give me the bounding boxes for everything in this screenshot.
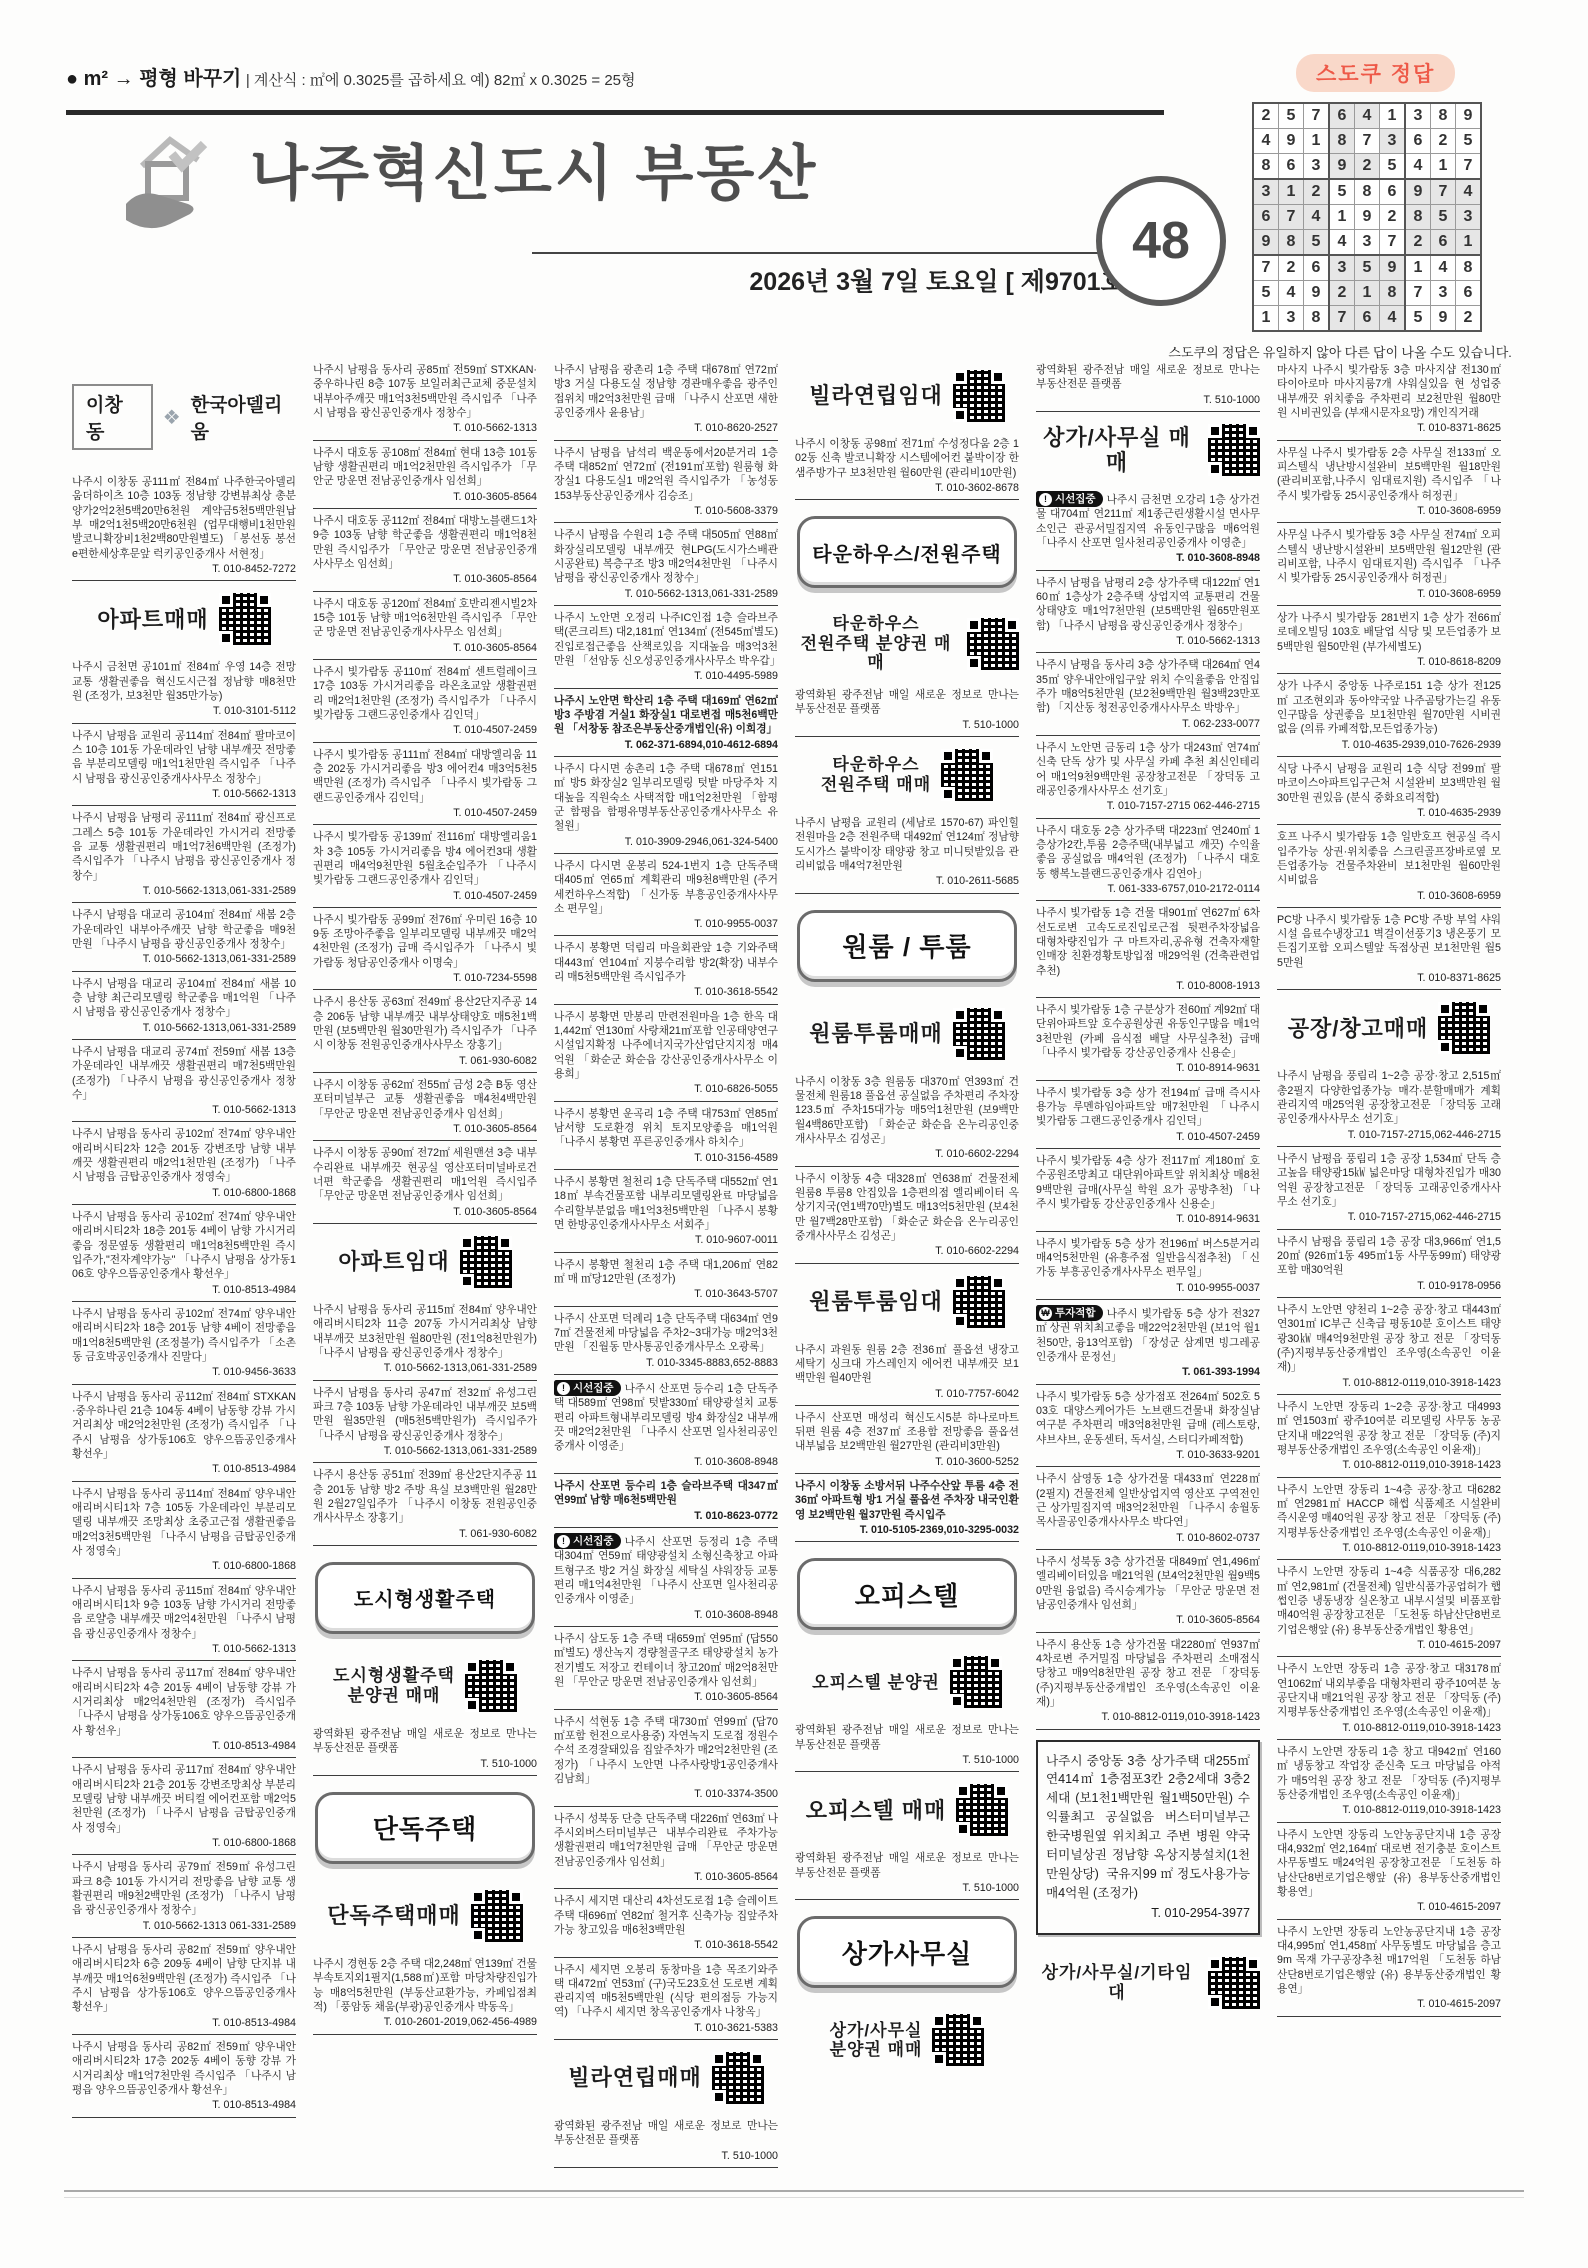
qr-code bbox=[471, 1890, 523, 1942]
ad-text: 식당 나주시 남평읍 교원리 1층 식당 전99㎡ 팔마코이스아파트입구근처 시… bbox=[1277, 763, 1501, 804]
sudoku-cell: 4 bbox=[1329, 230, 1355, 256]
ad-phone: T. 010-6800-1868 bbox=[72, 1559, 296, 1573]
category-box-label: 원룸 / 투룸 bbox=[842, 927, 971, 964]
sudoku-cell: 1 bbox=[1431, 154, 1456, 180]
section-header: 상가/사무실 매매 bbox=[1036, 412, 1260, 486]
ad-phone: T. 010-8812-0119,010-3918-1423 bbox=[1277, 1721, 1501, 1735]
ad-phone: T. 010-6800-1868 bbox=[72, 1836, 296, 1850]
column-5: 광역화된 광주전남 매일 새로운 정보로 만나는 부동산전문 플랫폼T. 510… bbox=[1036, 358, 1260, 2168]
platform-phone: T. 510-1000 bbox=[1036, 393, 1260, 407]
sudoku-cell: 6 bbox=[1355, 306, 1380, 332]
hankook-adellium-logo-icon: ❖ bbox=[163, 405, 181, 430]
ad-phone: T. 010-9178-0956 bbox=[1277, 1279, 1501, 1293]
ad-phone: T. 010-8812-0119,010-3918-1423 bbox=[1277, 1458, 1501, 1472]
ad-text: 나주시 이창동 4층 대328㎡ 연638㎡ 건물전체 원룸8 투룸8 안집있음… bbox=[795, 1173, 1019, 1242]
ad-phone: T. 010-3605-8564 bbox=[313, 490, 537, 504]
classified-ad: 나주시 노안면 양천리 1~2층 공장·창고 대443㎡ 연301㎡ IC부근 … bbox=[1277, 1298, 1501, 1395]
classified-ad: 마사지 나주시 빛가람동 3층 마사지샵 전130㎡ 타이아로마 마사지룸7개 … bbox=[1277, 358, 1501, 441]
section-label: 원룸투룸임대 bbox=[809, 1289, 943, 1314]
ad-text: 나주시 봉황면 운곡리 1층 주택 대753㎡ 연85㎡ 남서향 도로환경 위치… bbox=[554, 1108, 778, 1149]
classified-ad: 나주시 이창동 공90㎡ 전72㎡ 세원맨션 3층 내부수리완료 내부깨끗 현공… bbox=[313, 1141, 537, 1224]
ad-phone: T. 010-4615-2097 bbox=[1277, 1900, 1501, 1914]
category-box: 단독주택 bbox=[315, 1792, 535, 1864]
ad-phone: T. 010-3621-5383 bbox=[554, 2021, 778, 2035]
platform-ad: 광역화된 광주전남 매일 새로운 정보로 만나는 부동산전문 플랫폼T. 510… bbox=[1036, 358, 1260, 412]
sudoku-cell: 6 bbox=[1456, 281, 1482, 306]
classified-ad: PC방 나주시 빛가람동 1층 PC방 주방 부엌 샤워시설 음료수냉장고1 벽… bbox=[1277, 908, 1501, 991]
platform-text: 광역화된 광주전남 매일 새로운 정보로 만나는 부동산전문 플랫폼 bbox=[554, 2120, 778, 2146]
ad-text: 나주시 남평읍 동사리 공115㎡ 전84㎡ 양우내안애리버시티1차 9층 10… bbox=[72, 1585, 296, 1640]
ad-text: 나주시 빛가람동 1층 구분상가 전60㎡ 계92㎡ 대단위아파트앞 호수공원상… bbox=[1036, 1004, 1260, 1059]
ad-text: 나주시 봉황면 만봉리 만련전원마을 1층 한옥 대1,442㎡ 연130㎡ 사… bbox=[554, 1011, 778, 1080]
classified-ad: 나주시 노안면 오정리 나주IC인접 1층 슬라브주택(콘크리트) 대2,181… bbox=[554, 606, 778, 689]
category-box-label: 도시형생활주택 bbox=[354, 1583, 496, 1612]
classified-ad: 나주시 용산동 공63㎡ 전49㎡ 용산2단지주공 14층 206동 남향 내부… bbox=[313, 990, 537, 1073]
classified-ad: 나주시 남평읍 동사리 공114㎡ 전84㎡ 양우내안애리버시티1차 7층 10… bbox=[72, 1482, 296, 1579]
ad-text: 나주시 성북동 3층 상가건물 대849㎡ 연1,496㎡ 엘리베이터있음 매2… bbox=[1036, 1556, 1260, 1611]
classified-ad: 호프 나주시 빛가람동 1층 일반호프 현공실 즉시입주가능 상권·위치좋음 스… bbox=[1277, 825, 1501, 908]
classified-ad: 나주시 남평읍 남석리 백운동에서20분거리 1층 주택 대852㎡ 연72㎡ … bbox=[554, 441, 778, 524]
ad-phone: T. 010-4615-2097 bbox=[1277, 1638, 1501, 1652]
classified-ad: 나주시 산포면 덕례리 1층 단독주택 대634㎡ 연97㎡ 건물전체 마당넓음… bbox=[554, 1307, 778, 1375]
ad-text: 나주시 금천면 공101㎡ 전84㎡ 우영 14층 전망 교통 생활권좋음 혁신… bbox=[72, 661, 296, 702]
ad-phone: T. 010-5662-1313 bbox=[313, 421, 537, 435]
attention-badge: !시선집중 bbox=[1036, 491, 1103, 507]
ad-phone: T. 010-8513-4984 bbox=[72, 1283, 296, 1297]
ad-phone: T. 010-5662-1313,061-331-2589 bbox=[313, 1444, 537, 1458]
classified-ad: 나주시 다시면 운봉리 524-1번지 1층 단독주택 대405㎡ 연65㎡ 계… bbox=[554, 854, 778, 937]
ad-phone: T. 010-7234-5598 bbox=[313, 971, 537, 985]
classified-ad: 나주시 노안면 장동리 1층 공장·창고 대3178㎡ 연1062㎡ 내외부좋음… bbox=[1277, 1657, 1501, 1740]
section-header: 상가/사무실 분양권 매매 bbox=[795, 2002, 1019, 2076]
house-hand-logo-icon bbox=[112, 120, 232, 238]
ad-text: 나주시 노안면 장동리 1~4층 식품공장 대6,282㎡ 연2,981㎡ (건… bbox=[1277, 1566, 1501, 1635]
ad-text: 나주시 빛가람동 1층 건물 대901㎡ 연627㎡ 6차선도로변 고속도로진입… bbox=[1036, 907, 1260, 976]
section-label: 오피스텔 매매 bbox=[806, 1798, 947, 1823]
ad-text: 나주시 대호동 공120㎡ 전84㎡ 호반리젠시빌2차 15층 101동 남향 … bbox=[313, 598, 537, 639]
section-label: 단독주택매매 bbox=[327, 1903, 461, 1928]
sudoku-cell: 8 bbox=[1431, 103, 1456, 129]
ad-phone: T. 010-5662-1313 bbox=[72, 1103, 296, 1117]
platform-ad: 광역화된 광주전남 매일 새로운 정보로 만나는 부동산전문 플랫폼T. 510… bbox=[795, 1718, 1019, 1772]
ad-phone: T. 010-9955-0037 bbox=[1036, 1281, 1260, 1295]
section-header: 단독주택매매 bbox=[313, 1878, 537, 1952]
ad-phone: T. 010-5662-1313,061-331-2589 bbox=[554, 587, 778, 601]
sudoku-cell: 4 bbox=[1380, 306, 1406, 332]
ad-phone: T. 010-9456-3633 bbox=[72, 1365, 296, 1379]
section-header: 오피스텔 분양권 bbox=[795, 1644, 1019, 1718]
badge-label: 투자적합 bbox=[1055, 1306, 1096, 1320]
classified-ad: 나주시 빛가람동 공111㎡ 전84㎡ 대방엘리움 11층 202동 가시거리좋… bbox=[313, 743, 537, 826]
ad-text: 나주시 남평읍 교원리 (세남로 1570-67) 파인힐전원마을 2층 전원주… bbox=[795, 817, 1019, 872]
ad-text: PC방 나주시 빛가람동 1층 PC방 주방 부엌 샤워시설 음료수냉장고1 벽… bbox=[1277, 914, 1501, 969]
ad-phone: T. 010-3608-6959 bbox=[1277, 504, 1501, 518]
sudoku-cell: 2 bbox=[1304, 179, 1330, 205]
page-title: 나주혁신도시 부동산 bbox=[250, 126, 818, 212]
column-4: 빌라연립임대나주시 이창동 공98㎡ 전71㎡ 수성정다움 2층 102동 신축… bbox=[795, 358, 1019, 2168]
platform-text: 광역화된 광주전남 매일 새로운 정보로 만나는 부동산전문 플랫폼 bbox=[1036, 364, 1260, 390]
section-label: 도시형생활주택 분양권 매매 bbox=[333, 1666, 455, 1705]
ad-phone: T. 010-3608-8948 bbox=[1036, 551, 1260, 565]
ad-text: 나주시 남평읍 동사리 공102㎡ 전74㎡ 양우내안애리버시티2차 18층 2… bbox=[72, 1211, 296, 1280]
ad-text: 나주시 남평읍 동사리 공102㎡ 전74㎡ 양우내안애리버시티2차 18층 2… bbox=[72, 1308, 296, 1363]
bottom-rule-light bbox=[64, 2197, 1524, 2198]
classified-ad: 나주시 남평읍 대교리 공74㎡ 전59㎡ 새봄 13층 가운데라인 내부깨끗 … bbox=[72, 1040, 296, 1123]
ad-text: 나주시 빛가람동 3층 상가 전194㎡ 급매 즉시사용가능 루멘하임아파트앞 … bbox=[1036, 1087, 1260, 1128]
classified-ad: 나주시 남평읍 동사리 공85㎡ 전59㎡ STXKAN·중우하나린 8층 10… bbox=[313, 358, 537, 441]
ad-text: 나주시 과원동 원룸 2층 전36㎡ 풀옵션 냉장고 세탁기 싱크대 가스레인지… bbox=[795, 1344, 1019, 1385]
qr-code bbox=[941, 749, 993, 801]
classified-ad: 나주시 이창동 소방서뒤 나주수산앞 투룸 4층 전36㎡ 아파트형 방1 거실… bbox=[795, 1474, 1019, 1542]
badge-label: 시선집중 bbox=[1055, 492, 1096, 506]
ad-phone: T. 010-5662-1313 bbox=[1036, 634, 1260, 648]
ad-phone: T. 010-3608-6959 bbox=[1277, 587, 1501, 601]
ad-text: 나주시 이창동 공111㎡ 전84㎡ 나주한국아델리움더하이츠 10층 103동… bbox=[72, 476, 296, 560]
qr-code bbox=[953, 1276, 1005, 1328]
date-text: 2026년 3월 7일 토요일 bbox=[749, 268, 998, 296]
ad-phone: T. 010-3605-8564 bbox=[313, 641, 537, 655]
ad-phone: T. 010-8513-4984 bbox=[72, 2016, 296, 2030]
classified-ad: 나주시 빛가람동 1층 구분상가 전60㎡ 계92㎡ 대단위아파트앞 호수공원상… bbox=[1036, 998, 1260, 1081]
classified-ad: 나주시 경현동 2층 주택 대2,248㎡ 연139㎡ 건물부속토지외1필지(1… bbox=[313, 1952, 537, 2035]
ad-phone: T. 010-3618-5542 bbox=[554, 1938, 778, 1952]
qr-code bbox=[932, 2014, 984, 2066]
ad-text: 나주시 노안면 금동리 1층 상가 대243㎡ 연74㎡ 신축 단독 상가 및 … bbox=[1036, 742, 1260, 797]
ad-text: 나주시 남평읍 동사리 공79㎡ 전59㎡ 유성그린파크 8층 101동 가시거… bbox=[72, 1861, 296, 1916]
ad-text: 나주시 노안면 장동리 노안농공단지내 1층 공장 대4,995㎡ 연1,458… bbox=[1277, 1926, 1501, 1995]
ad-phone: T. 010-3633-9201 bbox=[1036, 1448, 1260, 1462]
sudoku-cell: 7 bbox=[1380, 230, 1406, 256]
ad-phone: T. 010-3605-8564 bbox=[1036, 1613, 1260, 1627]
ad-text: 나주시 삼영동 1층 상가건물 대433㎡ 연228㎡ (2필지) 건물전체 일… bbox=[1036, 1473, 1260, 1528]
ad-phone: T. 062-233-0077 bbox=[1036, 717, 1260, 731]
sudoku-cell: 2 bbox=[1329, 281, 1355, 306]
sudoku-cell: 5 bbox=[1253, 281, 1279, 306]
classified-ad: 나주시 세지면 오봉리 동창마을 1층 목조기와주택 대472㎡ 연53㎡ (구… bbox=[554, 1958, 778, 2041]
classified-ad: 나주시 남평읍 교원리 공114㎡ 전84㎡ 팔마코이스 10층 101동 가운… bbox=[72, 724, 296, 807]
platform-phone: T. 510-1000 bbox=[313, 1757, 537, 1771]
ad-phone: T. 010-5662-1313,061-331-2589 bbox=[72, 1021, 296, 1035]
qr-code bbox=[465, 1660, 517, 1712]
classified-ad: 나주시 남평읍 동사리 공115㎡ 전84㎡ 양우내안애리버시티2차 11층 2… bbox=[313, 1298, 537, 1381]
ad-text: 나주시 노안면 양천리 1~2층 공장·창고 대443㎡ 연301㎡ IC부근 … bbox=[1277, 1304, 1501, 1373]
ad-text: 나주시 남평읍 동사리 공47㎡ 전32㎡ 유성그린파크 7층 103동 남향 … bbox=[313, 1387, 537, 1442]
ad-text: 나주시 산포면 매성리 혁신도시5분 하나로마트뒤편 원룸 4층 전37㎡ 조용… bbox=[795, 1412, 1019, 1453]
sudoku-cell: 4 bbox=[1456, 179, 1482, 205]
classified-ad: 나주시 산포면 매성리 혁신도시5분 하나로마트뒤편 원룸 4층 전37㎡ 조용… bbox=[795, 1406, 1019, 1474]
ad-text: 나주시 경현동 2층 주택 대2,248㎡ 연139㎡ 건물부속토지외1필지(1… bbox=[313, 1958, 537, 2013]
classified-ad: 나주시 남평읍 동사리 공47㎡ 전32㎡ 유성그린파크 7층 103동 남향 … bbox=[313, 1381, 537, 1464]
sudoku-cell: 8 bbox=[1405, 205, 1431, 230]
ad-text: 나주시 이창동 공98㎡ 전71㎡ 수성정다움 2층 102동 신축 발코니확장… bbox=[795, 438, 1019, 479]
ad-phone: T. 010-8914-9631 bbox=[1036, 1212, 1260, 1226]
ad-phone: T. 010-3605-8564 bbox=[554, 1690, 778, 1704]
ad-phone: T. 010-8623-0772 bbox=[554, 1509, 778, 1523]
classified-ad: 나주시 봉황면 덕림리 마을회관앞 1층 기와주택 대443㎡ 연104㎡ 지붕… bbox=[554, 936, 778, 1004]
ad-text: 나주시 남평읍 풍림리 1층 공장 대3,966㎡ 연1,520㎡ (926㎡1… bbox=[1277, 1236, 1501, 1277]
qr-code bbox=[956, 1784, 1008, 1836]
ad-phone: T. 010-3909-2946,061-324-5400 bbox=[554, 835, 778, 849]
ad-text: 나주시 용산동 공51㎡ 전39㎡ 용산2단지주공 11층 201동 남향 방2… bbox=[313, 1469, 537, 1524]
qr-code bbox=[1208, 1957, 1260, 2009]
sudoku-cell: 6 bbox=[1405, 129, 1431, 154]
ad-text: 나주시 봉황면 덕림리 마을회관앞 1층 기와주택 대443㎡ 연104㎡ 지붕… bbox=[554, 942, 778, 983]
ad-phone: T. 061-930-6082 bbox=[313, 1527, 537, 1541]
classified-ad: 나주시 빛가람동 1층 건물 대901㎡ 연627㎡ 6차선도로변 고속도로진입… bbox=[1036, 901, 1260, 998]
classified-ad: 나주시 남평읍 풍림리 1층 공장 1,534㎡ 단독 층고높음 태양광15㎾ … bbox=[1277, 1147, 1501, 1230]
sudoku-cell: 1 bbox=[1456, 230, 1482, 256]
agency-district-label: 이창동 bbox=[72, 384, 153, 450]
ad-text: 나주시 남평읍 광촌리 1층 주택 대678㎡ 연72㎡ 방3 거실 다용도실 … bbox=[554, 364, 778, 419]
bottom-rule bbox=[64, 2190, 1524, 2192]
classified-ad: 나주시 중앙동 3층 상가주택 대255㎡ 연414㎡ 1층점포3칸 2층2세대… bbox=[1036, 1740, 1260, 1935]
ad-phone: T. 010-3643-5707 bbox=[554, 1287, 778, 1301]
ad-phone: T. 010-9955-0037 bbox=[554, 917, 778, 931]
ad-text: 나주시 노안면 학산리 1층 주택 대169㎡ 연62㎡ 방3 주방겸 거실1 … bbox=[554, 695, 778, 736]
classified-ad: 나주시 남평읍 교원리 (세남로 1570-67) 파인힐전원마을 2층 전원주… bbox=[795, 811, 1019, 894]
ad-text: 나주시 용산동 공63㎡ 전49㎡ 용산2단지주공 14층 206동 남향 내부… bbox=[313, 996, 537, 1051]
ad-phone: T. 062-371-6894,010-4612-6894 bbox=[554, 738, 778, 752]
classified-ad: 나주시 성북동 단층 단독주택 대226㎡ 연63㎡ 나주시외버스터미널부근 내… bbox=[554, 1807, 778, 1890]
qr-code bbox=[950, 1656, 1002, 1708]
attention-badge: !시선집중 bbox=[554, 1533, 621, 1549]
ad-text: 나주시 남평읍 동사리 공102㎡ 전74㎡ 양우내안애리버시티2차 12층 2… bbox=[72, 1128, 296, 1183]
ad-phone: T. 010-4507-2459 bbox=[313, 723, 537, 737]
ad-text: 나주시 남평읍 동사리 공114㎡ 전84㎡ 양우내안애리버시티1차 7층 10… bbox=[72, 1488, 296, 1557]
section-label: 빌라연립임대 bbox=[809, 383, 943, 408]
sudoku-cell: 2 bbox=[1456, 306, 1482, 332]
ad-text: 나주시 대호동 공108㎡ 전84㎡ 현대 13층 101동 남향 생활권편리 … bbox=[313, 447, 537, 488]
date-rule bbox=[532, 252, 1140, 254]
section-label: 원룸투룸매매 bbox=[809, 1021, 943, 1046]
classified-ad: 나주시 노안면 장동리 노안농공단지내 1층 공장 대4,932㎡ 연2,164… bbox=[1277, 1823, 1501, 1920]
ad-text: 나주시 남평읍 동사리 공117㎡ 전84㎡ 양우내안애리버시티2차 4층 20… bbox=[72, 1667, 296, 1736]
converter-formula: | 계산식 : ㎡에 0.3025를 곱하세요 예) 82㎡ x 0.3025 … bbox=[246, 72, 636, 89]
sudoku-cell: 5 bbox=[1405, 306, 1431, 332]
category-box: 상가사무실 bbox=[797, 1916, 1017, 1988]
ad-phone: T. 010-7157-2715 062-446-2715 bbox=[1036, 799, 1260, 813]
ad-phone: T. 010-4635-2939 bbox=[1277, 806, 1501, 820]
issue-date: 2026년 3월 7일 토요일 [ 제9701호 ] bbox=[532, 262, 1140, 298]
ad-text: 나주시 이창동 소방서뒤 나주수산앞 투룸 4층 전36㎡ 아파트형 방1 거실… bbox=[795, 1480, 1019, 1521]
platform-ad: 광역화된 광주전남 매일 새로운 정보로 만나는 부동산전문 플랫폼T. 510… bbox=[554, 2114, 778, 2168]
classified-ad: 나주시 삼영동 1층 상가건물 대433㎡ 연228㎡ (2필지) 건물전체 일… bbox=[1036, 1467, 1260, 1550]
classified-ad: 나주시 석현동 1층 주택 대730㎡ 연99㎡ (답70㎡포함 헌전으로사용중… bbox=[554, 1710, 778, 1807]
classified-ad: ₩투자적합나주시 빛가람동 5층 상가 전327㎡ 상권 위치최고좋음 매22억… bbox=[1036, 1300, 1260, 1385]
sudoku-cell: 1 bbox=[1355, 281, 1380, 306]
agency-badge: 이창동❖한국아델리움 bbox=[72, 358, 296, 470]
column-3: 나주시 남평읍 광촌리 1층 주택 대678㎡ 연72㎡ 방3 거실 다용도실 … bbox=[554, 358, 778, 2168]
ad-phone: T. 010-3156-4589 bbox=[554, 1151, 778, 1165]
sudoku-cell: 1 bbox=[1304, 129, 1330, 154]
ad-text: 나주시 빛가람동 5층 상가점포 전264㎡ 502호 503호 대양스케어가든… bbox=[1036, 1391, 1260, 1446]
sudoku-cell: 4 bbox=[1253, 129, 1279, 154]
sudoku-cell: 2 bbox=[1253, 103, 1279, 129]
classified-ad: 나주시 남평읍 동사리 공102㎡ 전74㎡ 양우내안애리버시티2차 18층 2… bbox=[72, 1302, 296, 1385]
sudoku-cell: 9 bbox=[1355, 205, 1380, 230]
ad-text: 나주시 산포면 덕례리 1층 단독주택 대634㎡ 연97㎡ 건물전체 마당넓음… bbox=[554, 1313, 778, 1354]
classified-ad: 나주시 노안면 장동리 1~4층 공장·창고 대6282㎡ 연2981㎡ HAC… bbox=[1277, 1478, 1501, 1561]
ad-text: 나주시 남평읍 수원리 1층 주택 대505㎡ 연88㎡ 화장실리모델링 내부깨… bbox=[554, 529, 778, 584]
ad-phone: T. 010-7157-2715,062-446-2715 bbox=[1277, 1210, 1501, 1224]
sudoku-cell: 1 bbox=[1279, 179, 1304, 205]
category-box-label: 상가사무실 bbox=[842, 1934, 973, 1971]
classified-ad: 나주시 대호동 공108㎡ 전84㎡ 현대 13층 101동 남향 생활권편리 … bbox=[313, 441, 537, 509]
classified-ad: !시선집중나주시 산포면 등수리 1층 단독주택 대589㎡ 연98㎡ 텃밭33… bbox=[554, 1375, 778, 1474]
ad-phone: T. 010-6800-1868 bbox=[72, 1186, 296, 1200]
classified-ad: 사무실 나주시 빛가람동 2층 사무실 전133㎡ 오피스텔식 냉난방시설완비 … bbox=[1277, 441, 1501, 524]
classified-ad: 나주시 산포면 등수리 1층 슬라브주택 대347㎡ 연99㎡ 남향 매6천5백… bbox=[554, 1474, 778, 1528]
classified-ad: 나주시 남평읍 수원리 1층 주택 대505㎡ 연88㎡ 화장실리모델링 내부깨… bbox=[554, 523, 778, 606]
ad-text: 사무실 나주시 빛가람동 2층 사무실 전133㎡ 오피스텔식 냉난방시설완비 … bbox=[1277, 447, 1501, 502]
section-header: 타운하우스 전원주택 매매 bbox=[795, 737, 1019, 811]
classified-ad: 나주시 노안면 학산리 1층 주택 대169㎡ 연62㎡ 방3 주방겸 거실1 … bbox=[554, 689, 778, 757]
section-label: 아파트임대 bbox=[338, 1249, 449, 1274]
ad-text: 나주시 남평읍 대교리 공104㎡ 전84㎡ 새봄 2층 가운데라인 내부아주깨… bbox=[72, 909, 296, 950]
ad-phone: T. 010-3605-8564 bbox=[313, 572, 537, 586]
section-label: 빌라연립매매 bbox=[568, 2065, 702, 2090]
ad-text: 나주시 남평읍 남석리 백운동에서20분거리 1층 주택 대852㎡ 연72㎡ … bbox=[554, 447, 778, 502]
ad-text: 나주시 노안면 장동리 노안농공단지내 1층 공장 대4,932㎡ 연2,164… bbox=[1277, 1829, 1501, 1898]
ad-phone: T. 010-4635-2939,010-7626-2939 bbox=[1277, 738, 1501, 752]
ad-text: 나주시 노안면 장동리 1층 창고 대942㎡ 연160㎡ 냉동창고 작업장 준… bbox=[1277, 1746, 1501, 1801]
sudoku-cell: 2 bbox=[1380, 205, 1406, 230]
ad-phone: T. 010-8371-8625 bbox=[1277, 421, 1501, 435]
sudoku-cell: 7 bbox=[1329, 306, 1355, 332]
sudoku-cell: 7 bbox=[1355, 129, 1380, 154]
ad-text: 나주시 봉황면 철천리 1층 주택 대1,206㎡ 연82㎡ 매 ㎡당12만원 … bbox=[554, 1259, 778, 1285]
classified-ad: 나주시 용산동 공51㎡ 전39㎡ 용산2단지주공 11층 201동 남향 방2… bbox=[313, 1463, 537, 1546]
classified-columns: 이창동❖한국아델리움나주시 이창동 공111㎡ 전84㎡ 나주한국아델리움더하이… bbox=[72, 358, 1578, 2168]
sudoku-cell: 7 bbox=[1279, 205, 1304, 230]
sudoku-cell: 5 bbox=[1431, 205, 1456, 230]
ad-text: 나주시 봉황면 철천리 1층 단독주택 대552㎡ 연118㎡ 부속건물포함 내… bbox=[554, 1176, 778, 1231]
classified-ad: 나주시 빛가람동 3층 상가 전194㎡ 급매 즉시사용가능 루멘하임아파트앞 … bbox=[1036, 1081, 1260, 1149]
sudoku-cell: 5 bbox=[1304, 230, 1330, 256]
classified-ad: 나주시 남평읍 대교리 공104㎡ 전84㎡ 새봄 2층 가운데라인 내부아주깨… bbox=[72, 903, 296, 971]
classified-ad: 나주시 이창동 3층 원룸동 대370㎡ 연393㎡ 건물전체 원룸18 풀옵션… bbox=[795, 1070, 1019, 1167]
ad-text: 나주시 남평읍 동사리 공82㎡ 전59㎡ 양우내안애리버시티2차 17층 20… bbox=[72, 2041, 296, 2096]
classified-ad: 나주시 빛가람동 4층 상가 전117㎡ 계180㎡ 호수공원조망최고 대단위아… bbox=[1036, 1149, 1260, 1232]
ad-phone: T. 010-6602-2294 bbox=[795, 1244, 1019, 1258]
ad-text: 나주시 성북동 단층 단독주택 대226㎡ 연63㎡ 나주시외버스터미널부근 내… bbox=[554, 1813, 778, 1868]
unit-converter-note: ● m² → 평형 바꾸기 | 계산식 : ㎡에 0.3025를 곱하세요 예)… bbox=[66, 62, 636, 91]
ad-text: 나주시 남평읍 풍림리 1층 공장 1,534㎡ 단독 층고높음 태양광15㎾ … bbox=[1277, 1153, 1501, 1208]
qr-code bbox=[967, 618, 1019, 670]
sudoku-cell: 6 bbox=[1329, 103, 1355, 129]
ad-text: 사무실 나주시 빛가람동 3층 사무실 전74㎡ 오피스텔식 냉난방시설완비 보… bbox=[1277, 529, 1501, 584]
ad-phone: T. 010-8602-0737 bbox=[1036, 1531, 1260, 1545]
category-box-label: 단독주택 bbox=[373, 1809, 477, 1846]
classified-ad: 나주시 남평읍 동사리 공82㎡ 전59㎡ 양우내안애리버시티2차 17층 20… bbox=[72, 2035, 296, 2118]
sudoku-cell: 1 bbox=[1380, 103, 1406, 129]
classified-ad: 나주시 이창동 공111㎡ 전84㎡ 나주한국아델리움더하이츠 10층 103동… bbox=[72, 470, 296, 581]
classified-ad: 상가 나주시 중앙동 나주로151 1층 상가 전125㎡ 고조현외과 동아약국… bbox=[1277, 674, 1501, 757]
ad-text: 나주시 대호동 2층 상가주택 대223㎡ 연240㎡ 1층상가2칸,투룸 2층… bbox=[1036, 825, 1260, 880]
ad-phone: T. 010-2611-5685 bbox=[795, 874, 1019, 888]
classified-ad: 나주시 노안면 금동리 1층 상가 대243㎡ 연74㎡ 신축 단독 상가 및 … bbox=[1036, 736, 1260, 819]
sudoku-cell: 8 bbox=[1355, 179, 1380, 205]
ad-text: 나주시 다시면 송촌리 1층 주택 대678㎡ 연151㎡ 방5 화장실2 일부… bbox=[554, 763, 778, 832]
sudoku-cell: 8 bbox=[1380, 281, 1406, 306]
ad-text: 나주시 산포면 등수리 1층 슬라브주택 대347㎡ 연99㎡ 남향 매6천5백… bbox=[554, 1480, 778, 1506]
ad-text: 나주시 남평읍 남평리 2층 상가주택 대122㎡ 연160㎡ 1층상가 2층주… bbox=[1036, 577, 1260, 632]
section-label: 오피스텔 분양권 bbox=[812, 1673, 940, 1693]
page-number-badge: 48 bbox=[1096, 176, 1226, 306]
classified-ad: 나주시 빛가람동 공139㎡ 전116㎡ 대방엘리움1차 3층 105동 가시거… bbox=[313, 825, 537, 908]
ad-phone: T. 010-3605-8564 bbox=[313, 1205, 537, 1219]
ad-phone: T. 010-8008-1913 bbox=[1036, 979, 1260, 993]
classified-ad: 나주시 남평읍 남평리 2층 상가주택 대122㎡ 연160㎡ 1층상가 2층주… bbox=[1036, 571, 1260, 654]
sudoku-cell: 9 bbox=[1279, 129, 1304, 154]
platform-ad: 광역화된 광주전남 매일 새로운 정보로 만나는 부동산전문 플랫폼T. 510… bbox=[313, 1722, 537, 1776]
ad-text: 나주시 삼도동 1층 주택 대659㎡ 연95㎡ (답550㎡별도) 생산녹지 … bbox=[554, 1633, 778, 1688]
sudoku-cell: 7 bbox=[1456, 154, 1482, 180]
ad-text: 나주시 빛가람동 공111㎡ 전84㎡ 대방엘리움 11층 202동 가시거리좋… bbox=[313, 749, 537, 804]
agency-brand-label: 한국아델리움 bbox=[191, 390, 296, 444]
section-label: 타운하우스 전원주택 분양권 매매 bbox=[795, 614, 957, 673]
classified-ad: 나주시 빛가람동 공110㎡ 전84㎡ 센트럴레이크 17층 103동 가시거리… bbox=[313, 660, 537, 743]
classified-ad: 나주시 세지면 대산리 4차선도로접 1층 슬레이트주택 대696㎡ 연82㎡ … bbox=[554, 1889, 778, 1957]
ad-text: 나주시 이창동 공90㎡ 전72㎡ 세원맨션 3층 내부수리완료 내부깨끗 현공… bbox=[313, 1147, 537, 1202]
classified-ad: 나주시 성북동 3층 상가건물 대849㎡ 연1,496㎡ 엘리베이터있음 매2… bbox=[1036, 1550, 1260, 1633]
ad-phone: T. 010-5662-1313,061-331-2589 bbox=[313, 1361, 537, 1375]
classified-ad: 나주시 봉황면 운곡리 1층 주택 대753㎡ 연85㎡ 남서향 도로환경 위치… bbox=[554, 1102, 778, 1170]
ad-phone: T. 010-7757-6042 bbox=[795, 1387, 1019, 1401]
section-header: 상가/사무실/기타임대 bbox=[1036, 1945, 1260, 2019]
attention-badge-icon: ! bbox=[557, 1382, 570, 1395]
classified-ad: 나주시 대호동 2층 상가주택 대223㎡ 연240㎡ 1층상가2칸,투룸 2층… bbox=[1036, 819, 1260, 902]
ad-phone: T. 010-8812-0119,010-3918-1423 bbox=[1277, 1541, 1501, 1555]
ad-phone: T. 010-8618-8209 bbox=[1277, 655, 1501, 669]
sudoku-cell: 3 bbox=[1380, 129, 1406, 154]
qr-code bbox=[712, 2052, 764, 2104]
ad-phone: T. 061-393-1994 bbox=[1036, 1365, 1260, 1379]
section-label: 상가/사무실 매매 bbox=[1036, 425, 1198, 476]
classified-ad: 나주시 남평읍 동사리 3층 상가주택 대264㎡ 연435㎡ 양우내안애입구앞… bbox=[1036, 653, 1260, 736]
category-box-label: 오피스텔 bbox=[855, 1576, 959, 1613]
ad-phone: T. 010-3605-8564 bbox=[554, 1870, 778, 1884]
category-box: 오피스텔 bbox=[797, 1558, 1017, 1630]
classified-ad: 나주시 용산동 1층 상가건물 대2280㎡ 연937㎡ 4차로변 주거밀집 마… bbox=[1036, 1633, 1260, 1730]
classified-ad: 나주시 빛가람동 5층 상가점포 전264㎡ 502호 503호 대양스케어가든… bbox=[1036, 1385, 1260, 1468]
attention-badge-icon: ! bbox=[557, 1535, 570, 1548]
classified-ad: 나주시 삼도동 1층 주택 대659㎡ 연95㎡ (답550㎡별도) 생산녹지 … bbox=[554, 1627, 778, 1710]
ad-phone: T. 010-9607-0011 bbox=[554, 1233, 778, 1247]
classified-ad: 나주시 노안면 장동리 1층 창고 대942㎡ 연160㎡ 냉동창고 작업장 준… bbox=[1277, 1740, 1501, 1823]
ad-phone: T. 010-8620-2527 bbox=[554, 421, 778, 435]
classified-ad: 사무실 나주시 빛가람동 3층 사무실 전74㎡ 오피스텔식 냉난방시설완비 보… bbox=[1277, 523, 1501, 606]
ad-phone: T. 010-5662-1313 bbox=[72, 787, 296, 801]
ad-text: 나주시 빛가람동 공110㎡ 전84㎡ 센트럴레이크 17층 103동 가시거리… bbox=[313, 666, 537, 721]
ad-text: 나주시 이창동 3층 원룸동 대370㎡ 연393㎡ 건물전체 원룸18 풀옵션… bbox=[795, 1076, 1019, 1145]
ad-phone: T. 010-5105-2369,010-3295-0032 bbox=[795, 1523, 1019, 1537]
ad-text: 나주시 남평읍 교원리 공114㎡ 전84㎡ 팔마코이스 10층 101동 가운… bbox=[72, 730, 296, 785]
category-box: 도시형생활주택 bbox=[315, 1562, 535, 1634]
qr-code bbox=[1208, 424, 1260, 476]
category-box-label: 타운하우스/전원주택 bbox=[812, 538, 1001, 567]
platform-phone: T. 510-1000 bbox=[795, 1881, 1019, 1895]
classified-ad: 나주시 노안면 장동리 1~2층 공장·창고 대4993㎡ 연1503㎡ 광주1… bbox=[1277, 1395, 1501, 1478]
ad-phone: T. 010-3605-8564 bbox=[313, 1122, 537, 1136]
classified-ad: 나주시 남평읍 대교리 공104㎡ 전84㎡ 새봄 10층 남향 최근리모델링 … bbox=[72, 972, 296, 1040]
sudoku-cell: 5 bbox=[1279, 103, 1304, 129]
ad-phone: T. 010-4615-2097 bbox=[1277, 1997, 1501, 2011]
classified-ad: 나주시 다시면 송촌리 1층 주택 대678㎡ 연151㎡ 방5 화장실2 일부… bbox=[554, 757, 778, 854]
header-rule bbox=[66, 110, 1164, 115]
sudoku-answer-grid: 2576413894918736258639254173125869746741… bbox=[1252, 102, 1482, 332]
classified-ad: !시선집중나주시 산포면 등정리 1층 주택 대304㎡ 연59㎡ 태양광설치 … bbox=[554, 1528, 778, 1627]
